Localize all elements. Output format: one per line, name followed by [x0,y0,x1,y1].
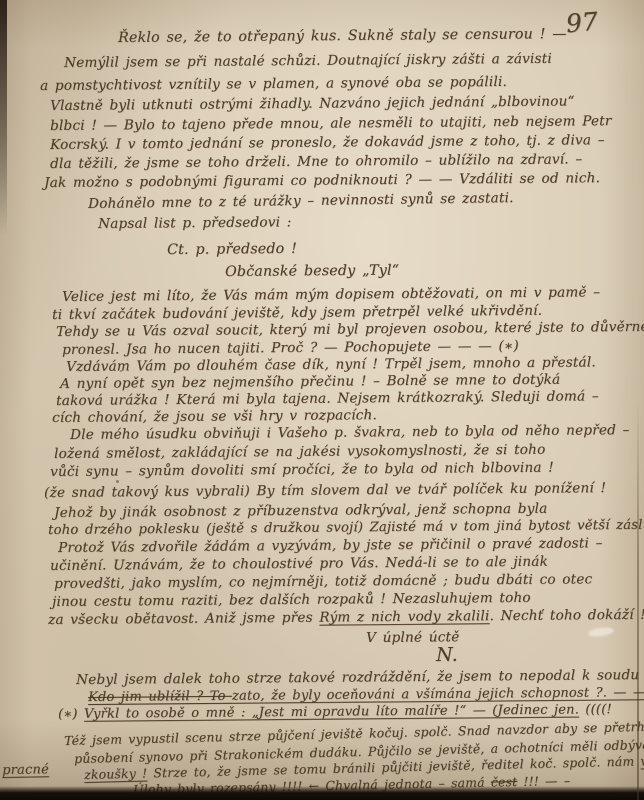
manuscript-line: (∗) Vyřkl to osobě o mně : „Jest mi opra… [58,702,612,722]
manuscript-text-segment: za všecku obětavost. Aniž jsme přes [48,610,319,628]
manuscript-text-segment: Občanské besedy „Tyl“ [225,262,399,280]
manuscript-text-segment: zato, že byly oceňováni a všímána jejich… [232,685,644,704]
paper-smudge [588,626,615,638]
manuscript-line: Kocrský. I v tomto jednání se proneslo, … [50,132,605,153]
bottom-scan-edge [0,786,644,800]
manuscript-line: Vlastně byli utknuti ostrými žihadly. Na… [50,93,575,114]
manuscript-text-segment: ((((! [579,702,612,717]
page-number: 97 [565,7,599,39]
manuscript-text-segment: Nemýlil jsem se při nastalé schůzi. Dout… [64,51,552,71]
manuscript-text-segment: Rým z nich vody zkalili [319,608,489,625]
manuscript-line: Dle mého úsudku obviňuji i Vašeho p. šva… [70,422,630,443]
manuscript-line: Dohánělo mne to z té urážky – nevinnosti… [88,190,514,212]
manuscript-text-segment: Ct. p. předsedo ! [167,241,297,258]
right-page-crease [637,400,639,800]
manuscript-text-segment: Nebyl jsem dalek toho strze takové rozdr… [76,667,644,688]
manuscript-line: Nemýlil jsem se při nastalé schůzi. Dout… [64,51,552,71]
manuscript-text-segment: blbci ! — Bylo to tajeno přede mnou, ale… [50,113,612,134]
manuscript-text-segment: provedšti, jako myslím, co nejmírněji, t… [54,571,592,592]
manuscript-text-segment: pracné [2,762,49,778]
ink-speck [116,480,119,483]
left-edge-shadow [0,0,7,235]
manuscript-line: pracné [2,762,49,778]
manuscript-line: Ct. p. předsedo ! [167,241,297,258]
manuscript-text-segment: (∗) [58,707,84,722]
manuscript-text-segment: Protož Vás zdvořile žádám a vyzývám, by … [58,535,603,556]
manuscript-text-segment: vůči synu – synům dovoliti smí pročíci, … [50,460,554,480]
manuscript-line: blbci ! — Bylo to tajeno přede mnou, ale… [50,113,612,134]
manuscript-text-segment: a pomstychtivost vznítily se v plamen, a… [40,74,507,94]
manuscript-line: učinění. Uznávám, že to choulostivé pro … [50,554,548,574]
manuscript-line: N. [436,644,458,666]
manuscript-line: Občanské besedy „Tyl“ [225,262,399,280]
manuscript-line: Velice jest mi líto, že Vás mám mým dopi… [62,284,600,305]
manuscript-text-segment: Dohánělo mne to z té urážky – nevinnosti… [88,190,514,212]
manuscript-text-segment: učinění. Uznávám, že to choulostivé pro … [50,554,548,574]
manuscript-text-segment: Kdo jim ublížil ? To [88,689,232,705]
manuscript-text-segment: N. [436,644,458,666]
manuscript-text-segment: zkoušky ! [84,765,147,782]
manuscript-line: taková urážka ! Která mi byla tajena. Ne… [56,388,599,409]
ink-speck [120,370,122,372]
manuscript-line: cích chování, že jsou se vši hry v rozpa… [52,407,377,426]
manuscript-page: 97 Řeklo se, že to otřepaný kus. Sukně s… [0,0,644,800]
manuscript-text-segment: Vlastně byli utknuti ostrými žihadly. Na… [50,93,575,114]
manuscript-text-segment: jinou cestu tomu raziti, bez dalších roz… [52,590,531,610]
manuscript-line: Napsal list p. předsedovi : [98,214,292,232]
manuscript-text-segment: Dle mého úsudku obviňuji i Vašeho p. šva… [70,422,630,443]
manuscript-line: Jak možno s podobnými figurami co podnik… [44,170,600,191]
manuscript-line: Řeklo se, že to otřepaný kus. Sukně stal… [118,26,567,46]
manuscript-line: Nebyl jsem dalek toho strze takové rozdr… [76,667,644,688]
manuscript-text-segment: Jehož by jinák osobnost z příbuzenstva o… [54,501,547,521]
manuscript-text-segment: taková urážka ! Která mi byla tajena. Ne… [56,388,599,409]
manuscript-line: a pomstychtivost vznítily se v plamen, a… [40,74,507,94]
manuscript-text-segment: Napsal list p. předsedovi : [98,214,292,232]
manuscript-text-segment: dla těžili, že jsme se toho drželi. Mne … [50,151,582,172]
manuscript-line: (že snad takový kus vybrali) By tím slov… [44,480,606,501]
manuscript-text-segment: Vyřkl to osobě o mně : „Jest mi opravdu … [84,702,579,721]
manuscript-line: provedšti, jako myslím, co nejmírněji, t… [54,571,592,592]
manuscript-line: dla těžili, že jsme se toho drželi. Mne … [50,151,582,172]
manuscript-text-segment: Kocrský. I v tomto jednání se proneslo, … [50,132,605,153]
manuscript-line: ložená smělost, zakládající se na jakési… [54,442,546,462]
manuscript-text-segment: Velice jest mi líto, že Vás mám mým dopi… [62,284,600,305]
manuscript-text-segment: Řeklo se, že to otřepaný kus. Sukně stal… [118,26,567,46]
manuscript-line: Jehož by jinák osobnost z příbuzenstva o… [54,501,547,521]
manuscript-line: jinou cestu tomu raziti, bez dalších roz… [52,590,531,610]
manuscript-text-segment: cích chování, že jsou se vši hry v rozpa… [52,407,377,426]
manuscript-text-segment: (že snad takový kus vybrali) By tím slov… [44,480,606,501]
manuscript-text-segment: Jak možno s podobnými figurami co podnik… [44,170,600,191]
manuscript-text-segment: vyzradil [640,752,644,768]
manuscript-line: Protož Vás zdvořile žádám a vyzývám, by … [58,535,603,556]
manuscript-line: vůči synu – synům dovoliti smí pročíci, … [50,460,554,480]
manuscript-text-segment: . Nechť toho dokáží !! [489,607,644,624]
manuscript-text-segment: ložená smělost, zakládající se na jakési… [54,442,546,462]
manuscript-line: za všecku obětavost. Aniž jsme přes Rým … [48,607,644,628]
